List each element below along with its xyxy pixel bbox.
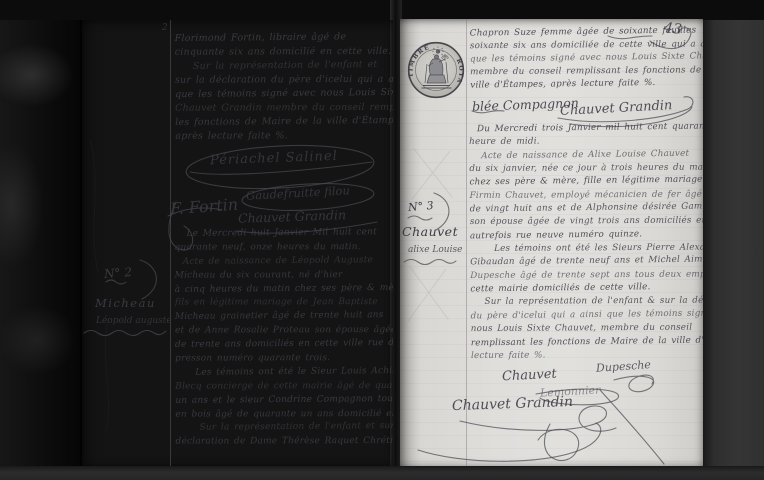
manuscript-line: après lecture faite %.: [175, 129, 392, 144]
manuscript-line: Sur la représentation de l'enfant et sur…: [175, 421, 392, 437]
signature-chauvet: Chauvet: [502, 367, 557, 385]
manuscript-line: Florimond Fortin, libraire âgé de: [175, 30, 392, 46]
manuscript-line: chez ses père & mère, fille en légitime …: [469, 174, 699, 190]
left-page-corner-mark: 2: [162, 23, 168, 33]
signature-salinel: Périachel Salinel: [210, 149, 338, 168]
manuscript-line: quarante neuf, onze heures du matin.: [175, 241, 392, 255]
manuscript-line: que les témoins signé avec nous Louis Si…: [175, 86, 392, 102]
manuscript-line: à cinq heures du matin chez ses père & m…: [175, 282, 392, 298]
scanner-background-left: [0, 0, 82, 480]
margin-surname: Chauvet: [402, 224, 458, 239]
manuscript-line: Acte de naissance de Léopold Auguste: [175, 254, 392, 270]
manuscript-line: Sur la représentation de l'enfant et: [175, 58, 392, 74]
signature-chauvet-grandin: Chauvet Grandin: [238, 207, 347, 226]
margin-act-number: N° 2: [104, 265, 133, 281]
right-page: TIMBRE ROYAL 43 Chapron Suze fe: [400, 19, 703, 468]
manuscript-line: Le Mercredi huit Janvier Mil huit cent: [174, 226, 391, 242]
manuscript-line: ville d'Étampes, après lecture faite %.: [470, 76, 698, 92]
manuscript-line: Gibaudan âgé de trente neuf ans et Miche…: [470, 254, 700, 270]
manuscript-line: les fonctions de Maire de la ville d'Éta…: [175, 114, 392, 130]
margin-given-names: Léopold auguste: [96, 316, 172, 326]
scanner-background-right: [700, 0, 764, 480]
manuscript-line: Les témoins ont été le Sieur Louis Achil…: [175, 365, 392, 381]
margin-surname: Micheau: [95, 296, 156, 310]
manuscript-line: Micheau grainetier âgé de trente huit an…: [175, 309, 392, 325]
manuscript-line: presson numéro quarante trois.: [175, 352, 392, 366]
manuscript-line: lecture faite %.: [471, 348, 701, 363]
manuscript-line: déclaration de Dame Thérèse Raquet Chrét…: [176, 435, 393, 449]
signature-chauvet-grandin-bottom: Chauvet Grandin: [452, 394, 574, 414]
timbre-royal-stamp: TIMBRE ROYAL: [406, 40, 466, 100]
margin-act-number: N° 3: [407, 199, 434, 214]
scanner-background-bottom: [0, 466, 764, 480]
left-page-act-lines: Le Mercredi huit Janvier Mil huit centqu…: [174, 226, 392, 449]
left-page: 2 Florimond Fortin, libraire âgé decinqu…: [80, 20, 393, 468]
manuscript-line: Blecq concierge de cette mairie âgé de q…: [175, 380, 392, 394]
manuscript-line: un ans et le sieur Condrine Compagnon to…: [175, 393, 392, 409]
signature-dupesche: Dupesche: [596, 358, 652, 375]
manuscript-line: Micheau du six courant, né d'hier: [175, 269, 392, 283]
right-page-opening-lines: Chapron Suze femme âgée de soixante feui…: [470, 25, 699, 92]
register-scan: 2 Florimond Fortin, libraire âgé decinqu…: [0, 0, 764, 480]
scanner-background-top: [0, 0, 764, 20]
left-page-opening-lines: Florimond Fortin, libraire âgé decinquan…: [175, 30, 393, 144]
margin-given-names: alixe Louise: [408, 245, 462, 255]
right-page-act-lines: Du Mercredi trois Janvier mil huit cent …: [469, 121, 701, 363]
signature-filou: Gaudefruitte filou: [246, 183, 350, 202]
signature-fortin: F. Fortin: [169, 195, 238, 219]
left-page-margin-rule: [170, 20, 171, 468]
manuscript-line: de trente ans domiciliés en cette ville …: [175, 337, 392, 353]
